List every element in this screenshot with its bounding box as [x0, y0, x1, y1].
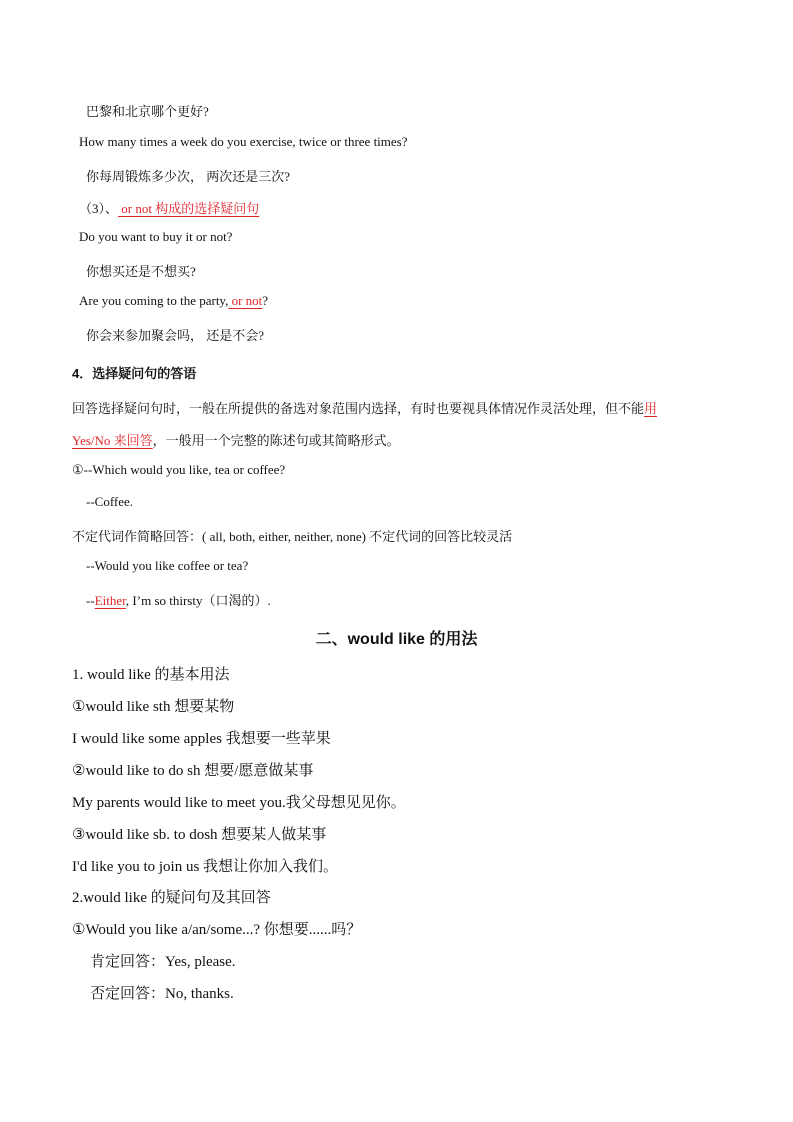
- example-line: --Would you like coffee or tea?: [86, 558, 248, 574]
- text-fragment: , I’m so thirsty（口渴的）.: [126, 593, 271, 608]
- highlighted-text: Either: [95, 593, 126, 608]
- answer-negative: 否定回答：No, thanks.: [90, 982, 234, 1003]
- text-line: How many times a week do you exercise, t…: [79, 134, 408, 150]
- usage-item: ②would like to do sh 想要/愿意做某事: [72, 759, 313, 780]
- example-line: --Either, I’m so thirsty（口渴的）.: [86, 590, 271, 609]
- example-line: ①--Which would you like, tea or coffee?: [72, 462, 285, 478]
- highlighted-text: Yes/No 来回答: [72, 433, 153, 448]
- text-line: 你每周锻炼多少次， 两次还是三次?: [86, 166, 290, 185]
- paragraph-line: Yes/No 来回答，一般用一个完整的陈述句或其简略形式。: [72, 430, 400, 449]
- paragraph-line: 回答选择疑问句时，一般在所提供的备选对象范围内选择，有时也要视具体情况作灵活处理…: [72, 398, 657, 417]
- usage-example: I'd like you to join us 我想让你加入我们。: [72, 855, 338, 876]
- section-heading: 4．选择疑问句的答语: [72, 363, 196, 382]
- text-fragment: ?: [262, 293, 268, 308]
- text-line: 你想买还是不想买?: [86, 261, 196, 280]
- text-fragment: Are you coming to the party,: [79, 293, 228, 308]
- text-line: 巴黎和北京哪个更好?: [86, 101, 209, 120]
- text-fragment: 回答选择疑问句时，一般在所提供的备选对象范围内选择，有时也要视具体情况作灵活处理…: [72, 401, 644, 416]
- highlighted-text: or not: [228, 293, 262, 308]
- highlighted-text: 用: [644, 401, 657, 416]
- usage-item: ③would like sb. to dosh 想要某人做某事: [72, 823, 326, 844]
- usage-item: ①would like sth 想要某物: [72, 695, 234, 716]
- answer-positive: 肯定回答：Yes, please.: [90, 950, 236, 971]
- usage-example: My parents would like to meet you.我父母想见见…: [72, 791, 406, 812]
- text-fragment: ，一般用一个完整的陈述句或其简略形式。: [153, 433, 400, 448]
- text-line: Are you coming to the party, or not?: [79, 293, 268, 309]
- text-fragment: --: [86, 593, 95, 608]
- section-title: 二、would like 的用法: [0, 626, 793, 649]
- question-form: ①Would you like a/an/some...? 你想要......吗…: [72, 918, 361, 939]
- highlighted-text: or not 构成的选择疑问句: [118, 201, 259, 216]
- subsection-title: 1. would like 的基本用法: [72, 663, 230, 684]
- subheading-prefix: （3）、: [79, 201, 118, 216]
- subsection-title: 2.would like 的疑问句及其回答: [72, 886, 271, 907]
- example-line: --Coffee.: [86, 494, 133, 510]
- subheading-or-not: （3）、 or not 构成的选择疑问句: [79, 198, 259, 217]
- text-line: Do you want to buy it or not?: [79, 229, 232, 245]
- example-line: 不定代词作简略回答：( all, both, either, neither, …: [72, 526, 512, 545]
- text-line: 你会来参加聚会吗， 还是不会?: [86, 325, 264, 344]
- usage-example: I would like some apples 我想要一些苹果: [72, 727, 331, 748]
